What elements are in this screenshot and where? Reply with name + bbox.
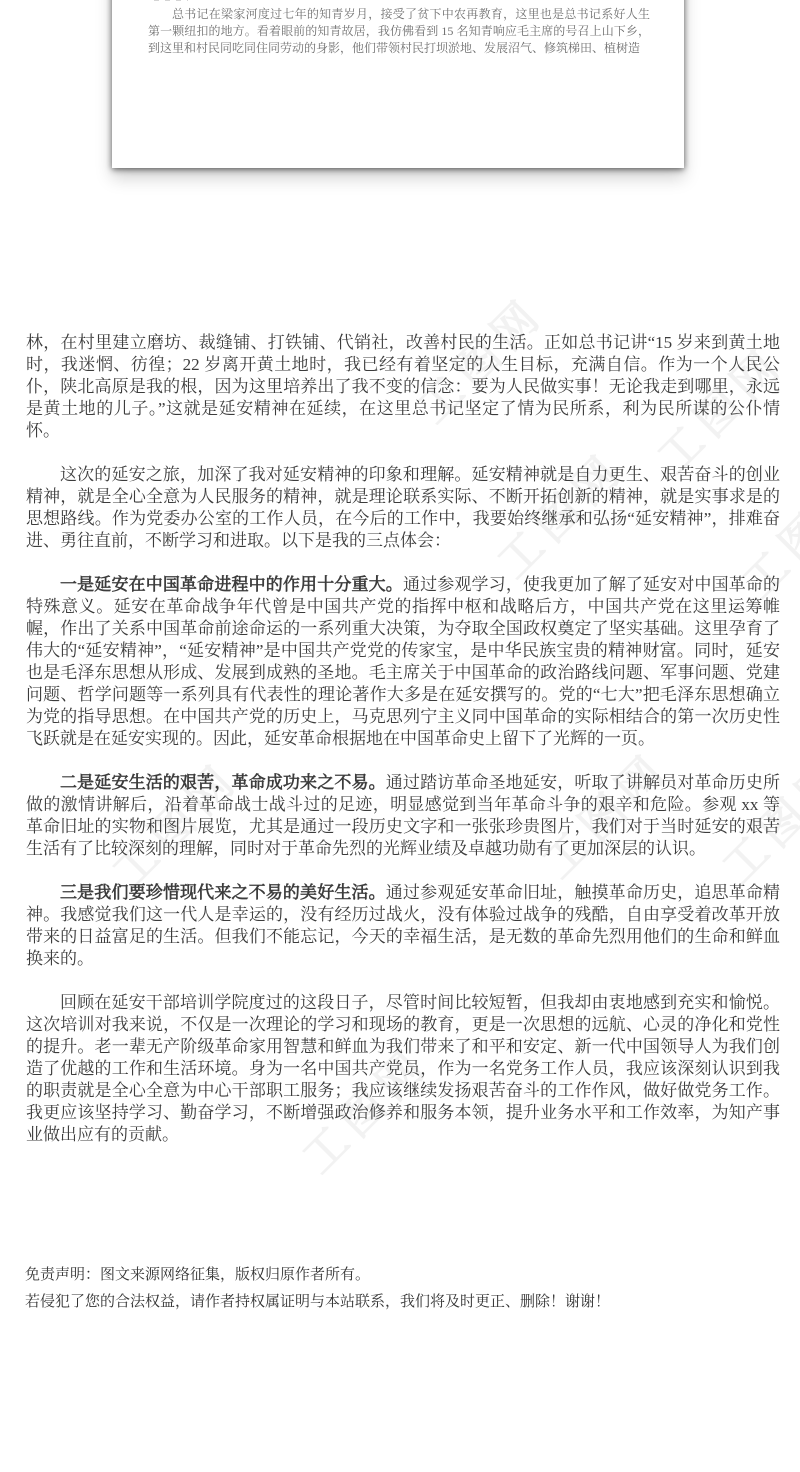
clipped-line-remnant — [154, 0, 188, 1]
paragraph-lead: 一是延安在中国革命进程中的作用十分重大。 — [60, 575, 403, 594]
paragraph-lead: 二是延安生活的艰苦，革命成功来之不易。 — [60, 773, 386, 792]
paragraph: 二是延安生活的艰苦，革命成功来之不易。通过踏访革命圣地延安，听取了讲解员对革命历… — [26, 772, 780, 860]
disclaimer-line-2: 若侵犯了您的合法权益，请作者持权属证明与本站联系，我们将及时更正、删除！谢谢！ — [25, 1289, 765, 1316]
preview-page-text: 总书记在梁家河度过七年的知青岁月，接受了贫下中农再教育，这里也是总书记系好人生第… — [148, 6, 650, 57]
paragraph-lead: 三是我们要珍惜现代来之不易的美好生活。 — [60, 883, 386, 902]
article-body: 林，在村里建立磨坊、裁缝铺、打铁铺、代销社，改善村民的生活。正如总书记讲“15 … — [26, 332, 780, 1168]
paragraph: 回顾在延安干部培训学院度过的这段日子，尽管时间比较短暂，但我却由衷地感到充实和愉… — [26, 992, 780, 1146]
paragraph-text: 林，在村里建立磨坊、裁缝铺、打铁铺、代销社，改善村民的生活。正如总书记讲“15 … — [26, 333, 780, 440]
paragraph: 一是延安在中国革命进程中的作用十分重大。通过参观学习，使我更加了解了延安对中国革… — [26, 574, 780, 750]
disclaimer: 免责声明：图文来源网络征集，版权归原作者所有。 若侵犯了您的合法权益，请作者持权… — [25, 1262, 765, 1316]
paragraph-text: 通过参观学习，使我更加了解了延安对中国革命的特殊意义。延安在革命战争年代曾是中国… — [26, 575, 780, 748]
paragraph-text: 这次的延安之旅，加深了我对延安精神的印象和理解。延安精神就是自力更生、艰苦奋斗的… — [26, 465, 780, 550]
paragraph: 三是我们要珍惜现代来之不易的美好生活。通过参观延安革命旧址，触摸革命历史，追思革… — [26, 882, 780, 970]
document-page-preview: 总书记在梁家河度过七年的知青岁月，接受了贫下中农再教育，这里也是总书记系好人生第… — [112, 0, 684, 168]
paragraph: 这次的延安之旅，加深了我对延安精神的印象和理解。延安精神就是自力更生、艰苦奋斗的… — [26, 464, 780, 552]
paragraph-text: 回顾在延安干部培训学院度过的这段日子，尽管时间比较短暂，但我却由衷地感到充实和愉… — [26, 993, 780, 1144]
disclaimer-line-1: 免责声明：图文来源网络征集，版权归原作者所有。 — [25, 1262, 765, 1289]
paragraph: 林，在村里建立磨坊、裁缝铺、打铁铺、代销社，改善村民的生活。正如总书记讲“15 … — [26, 332, 780, 442]
